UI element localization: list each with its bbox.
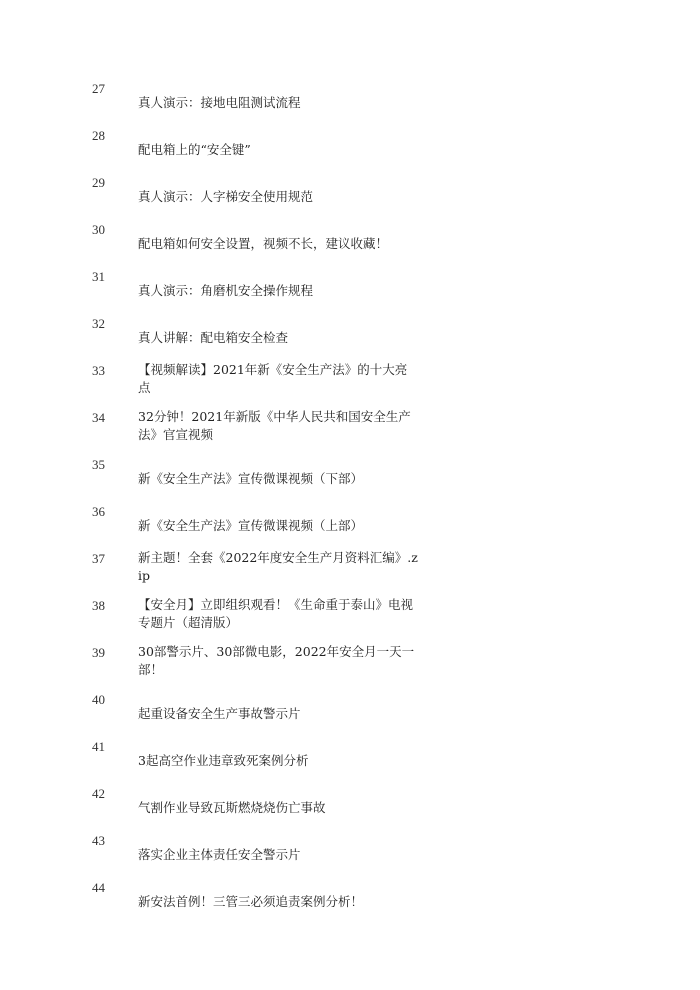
item-title: 32分钟！2021年新版《中华人民共和国安全生产法》官宣视频 (138, 408, 418, 444)
item-number: 44 (92, 880, 105, 896)
item-number: 40 (92, 692, 105, 708)
item-title: 新安法首例！三管三必须追责案例分析！ (138, 893, 418, 911)
item-number: 34 (92, 410, 105, 426)
item-number: 30 (92, 222, 105, 238)
item-number: 28 (92, 128, 105, 144)
item-number: 39 (92, 645, 105, 661)
item-title: 新《安全生产法》宣传微课视频（上部） (138, 517, 418, 535)
item-title: 【视频解读】2021年新《安全生产法》的十大亮点 (138, 361, 418, 397)
item-number: 32 (92, 316, 105, 332)
item-title: 新《安全生产法》宣传微课视频（下部） (138, 470, 418, 488)
item-title: 气割作业导致瓦斯燃烧烧伤亡事故 (138, 799, 418, 817)
item-number: 41 (92, 739, 105, 755)
item-title: 3起高空作业违章致死案例分析 (138, 752, 418, 770)
item-title: 落实企业主体责任安全警示片 (138, 846, 418, 864)
item-title: 配电箱如何安全设置，视频不长，建议收藏！ (138, 235, 418, 253)
item-number: 36 (92, 504, 105, 520)
item-number: 31 (92, 269, 105, 285)
item-title: 真人演示：人字梯安全使用规范 (138, 188, 418, 206)
item-number: 29 (92, 175, 105, 191)
item-number: 37 (92, 551, 105, 567)
item-title: 真人演示：接地电阻测试流程 (138, 94, 418, 112)
item-number: 43 (92, 833, 105, 849)
item-number: 42 (92, 786, 105, 802)
item-title: 新主题！全套《2022年度安全生产月资料汇编》.zip (138, 549, 418, 585)
item-title: 真人讲解：配电箱安全检查 (138, 329, 418, 347)
item-number: 27 (92, 81, 105, 97)
item-number: 38 (92, 598, 105, 614)
item-number: 35 (92, 457, 105, 473)
item-title: 30部警示片、30部微电影，2022年安全月一天一部！ (138, 643, 418, 679)
item-title: 配电箱上的“安全键” (138, 141, 418, 159)
item-number: 33 (92, 363, 105, 379)
item-title: 真人演示：角磨机安全操作规程 (138, 282, 418, 300)
item-title: 【安全月】立即组织观看！《生命重于泰山》电视专题片（超清版） (138, 596, 418, 632)
item-title: 起重设备安全生产事故警示片 (138, 705, 418, 723)
